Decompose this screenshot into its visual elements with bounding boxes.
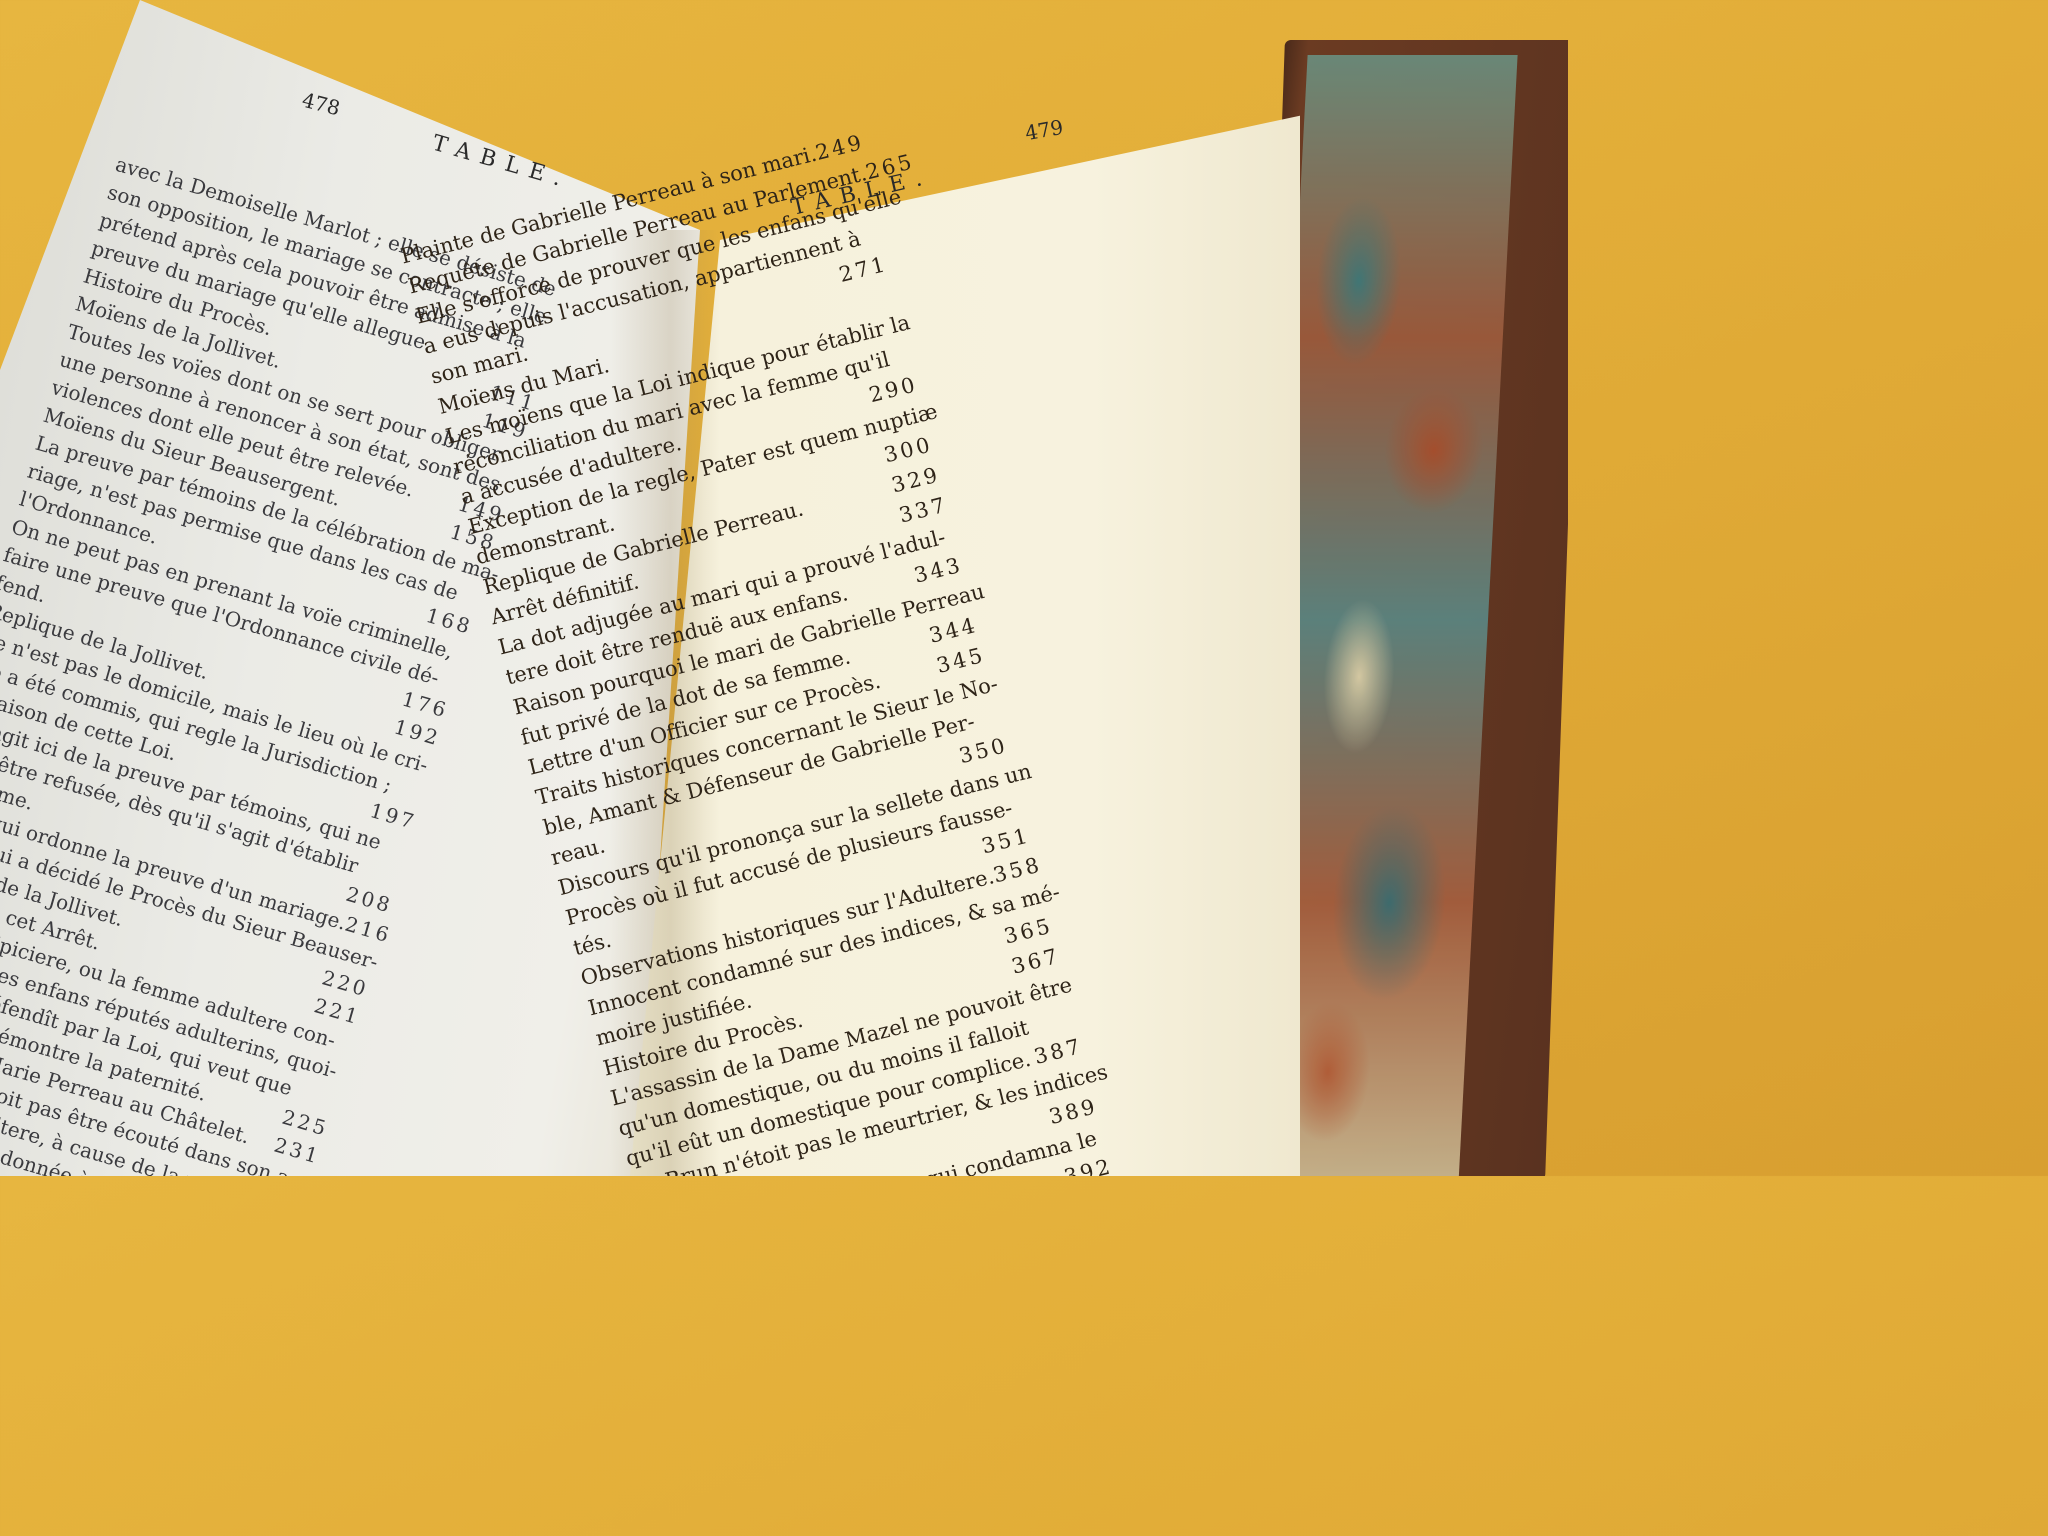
photo-scene: 478 TABLE. 479 TABLE. avec la Demoiselle… xyxy=(0,0,1568,1176)
right-page-number: 479 xyxy=(1023,115,1065,145)
